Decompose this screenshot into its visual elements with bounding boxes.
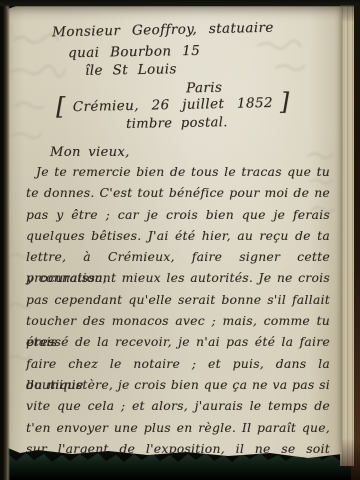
body-line: y connaissant mieux les autorités. Je ne… [26, 268, 330, 289]
address-island: île St Louis [85, 61, 177, 79]
photo-top-dark-edge [0, 0, 360, 7]
body-line: t'en envoyer une plus en règle. Il paraî… [26, 418, 330, 439]
body-line: lettre, à Crémieux, faire signer cette p… [26, 247, 330, 268]
body-line: te donnes. C'est tout bénéfice pour moi … [26, 183, 330, 204]
photograph-of-letter: Monsieur Geoffroy, statuaire quai Bourbo… [0, 0, 360, 480]
body-line: pas cependant qu'elle serait bonne s'il … [26, 290, 330, 311]
salutation: Mon vieux, [50, 145, 130, 160]
date-text: Crémieu, 26 juillet 1852 [73, 95, 273, 115]
open-bracket: [ [56, 94, 66, 118]
address-street: quai Bourbon 15 [68, 43, 200, 61]
book-binding-left-edge [0, 0, 10, 480]
body-line: du ministère, je crois bien que ça ne va… [26, 375, 330, 396]
postmark-note: timbre postal. [126, 115, 228, 132]
body-line: vite que cela ; et alors, j'aurais le te… [26, 396, 330, 417]
body-line: Je te remercie bien de tous le tracas qu… [26, 162, 330, 183]
body-line: quelques bêtises. J'ai été hier, au reçu… [26, 226, 330, 247]
close-bracket: ] [280, 90, 290, 114]
body-line: faire chez le notaire ; et puis, dans la… [26, 354, 330, 375]
body-line: pas y être ; car je crois bien que je fe… [26, 205, 330, 226]
book-page-fore-edge [340, 4, 354, 466]
body-line: pressé de la recevoir, je n'ai pas été l… [26, 332, 330, 353]
letter-body: Je te remercie bien de tous le tracas qu… [26, 162, 330, 460]
letter-page: Monsieur Geoffroy, statuaire quai Bourbo… [8, 6, 342, 458]
body-line: toucher des monacos avec ; mais, comme t… [26, 311, 330, 332]
